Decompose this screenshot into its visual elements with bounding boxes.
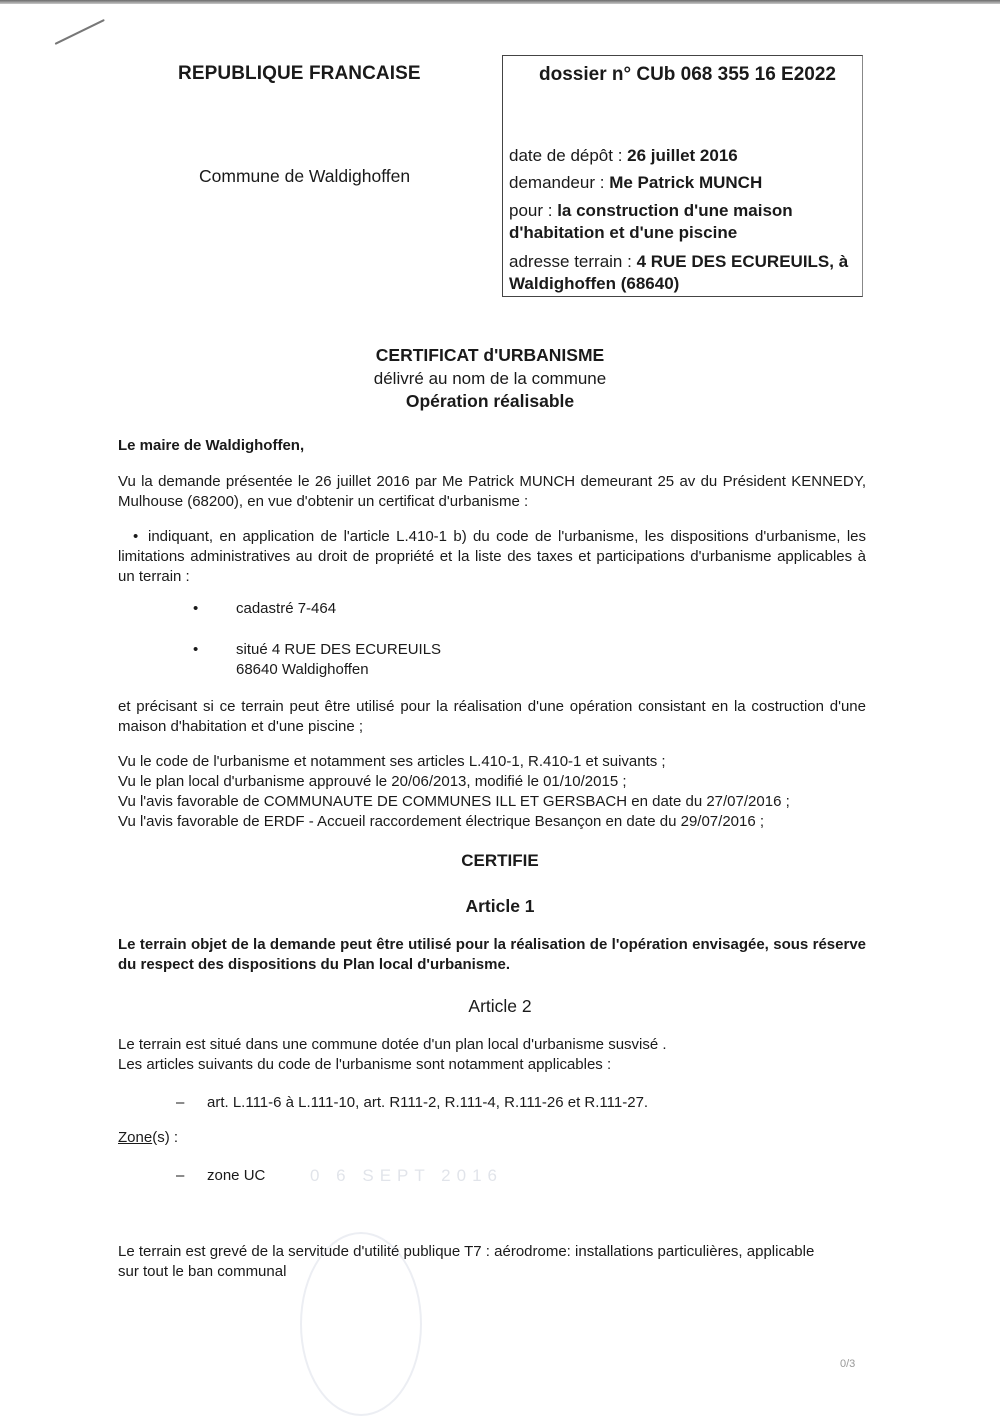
dash-marker: – — [176, 1166, 184, 1186]
adresse-terrain: adresse terrain : 4 RUE DES ECUREUILS, à… — [509, 251, 848, 295]
applicable-articles: art. L.111-6 à L.111-10, art. R111-2, R.… — [207, 1093, 648, 1113]
certificate-title: CERTIFICAT d'URBANISME — [0, 345, 990, 366]
cadastre-item: cadastré 7-464 — [236, 599, 336, 619]
certifie-heading: CERTIFIE — [0, 851, 1000, 871]
received-date-stamp: 0 6 SEPT 2016 — [310, 1166, 503, 1186]
zones-label: Zone(s) : — [118, 1128, 178, 1148]
zone-value: zone UC — [207, 1166, 265, 1186]
page-number: 0/3 — [840, 1358, 855, 1370]
scan-edge — [0, 0, 1000, 4]
demandeur: demandeur : Me Patrick MUNCH — [509, 172, 762, 194]
demande-paragraph: Vu la demande présentée le 26 juillet 20… — [118, 472, 866, 512]
vu-line: Vu l'avis favorable de ERDF - Accueil ra… — [118, 812, 866, 832]
vu-line: Vu le plan local d'urbanisme approuvé le… — [118, 772, 866, 792]
vu-list: Vu le code de l'urbanisme et notamment s… — [118, 752, 866, 832]
pen-mark — [55, 19, 105, 45]
article-2-heading: Article 2 — [0, 996, 1000, 1017]
commune-name: Commune de Waldighoffen — [199, 166, 410, 187]
article-2-text: Le terrain est situé dans une commune do… — [118, 1035, 866, 1075]
pour: pour : la construction d'une maison d'ha… — [509, 200, 793, 244]
vu-line: Vu l'avis favorable de COMMUNAUTE DE COM… — [118, 792, 866, 812]
maire-line: Le maire de Waldighoffen, — [118, 436, 866, 456]
precisant-paragraph: et précisant si ce terrain peut être uti… — [118, 697, 866, 737]
operation-status: Opération réalisable — [0, 391, 990, 412]
indiquant-paragraph: indiquant, en application de l'article L… — [118, 527, 866, 587]
article-1-text: Le terrain objet de la demande peut être… — [118, 935, 866, 975]
bullet-dot: • — [193, 640, 198, 660]
article-1-heading: Article 1 — [0, 896, 1000, 917]
republic-heading: REPUBLIQUE FRANCAISE — [178, 63, 421, 85]
dossier-box: dossier n° CUb 068 355 16 E2022 date de … — [502, 55, 863, 297]
dossier-number: dossier n° CUb 068 355 16 E2022 — [539, 64, 836, 86]
vu-line: Vu le code de l'urbanisme et notamment s… — [118, 752, 866, 772]
bullet-dot: • — [193, 599, 198, 619]
situe-item: situé 4 RUE DES ECUREUILS 68640 Waldigho… — [236, 640, 441, 680]
dash-marker: – — [176, 1093, 184, 1113]
certificate-subtitle: délivré au nom de la commune — [0, 369, 990, 389]
date-depot: date de dépôt : 26 juillet 2016 — [509, 145, 738, 167]
servitude-paragraph: Le terrain est grevé de la servitude d'u… — [118, 1242, 818, 1282]
mairie-seal-stamp — [300, 1232, 422, 1416]
